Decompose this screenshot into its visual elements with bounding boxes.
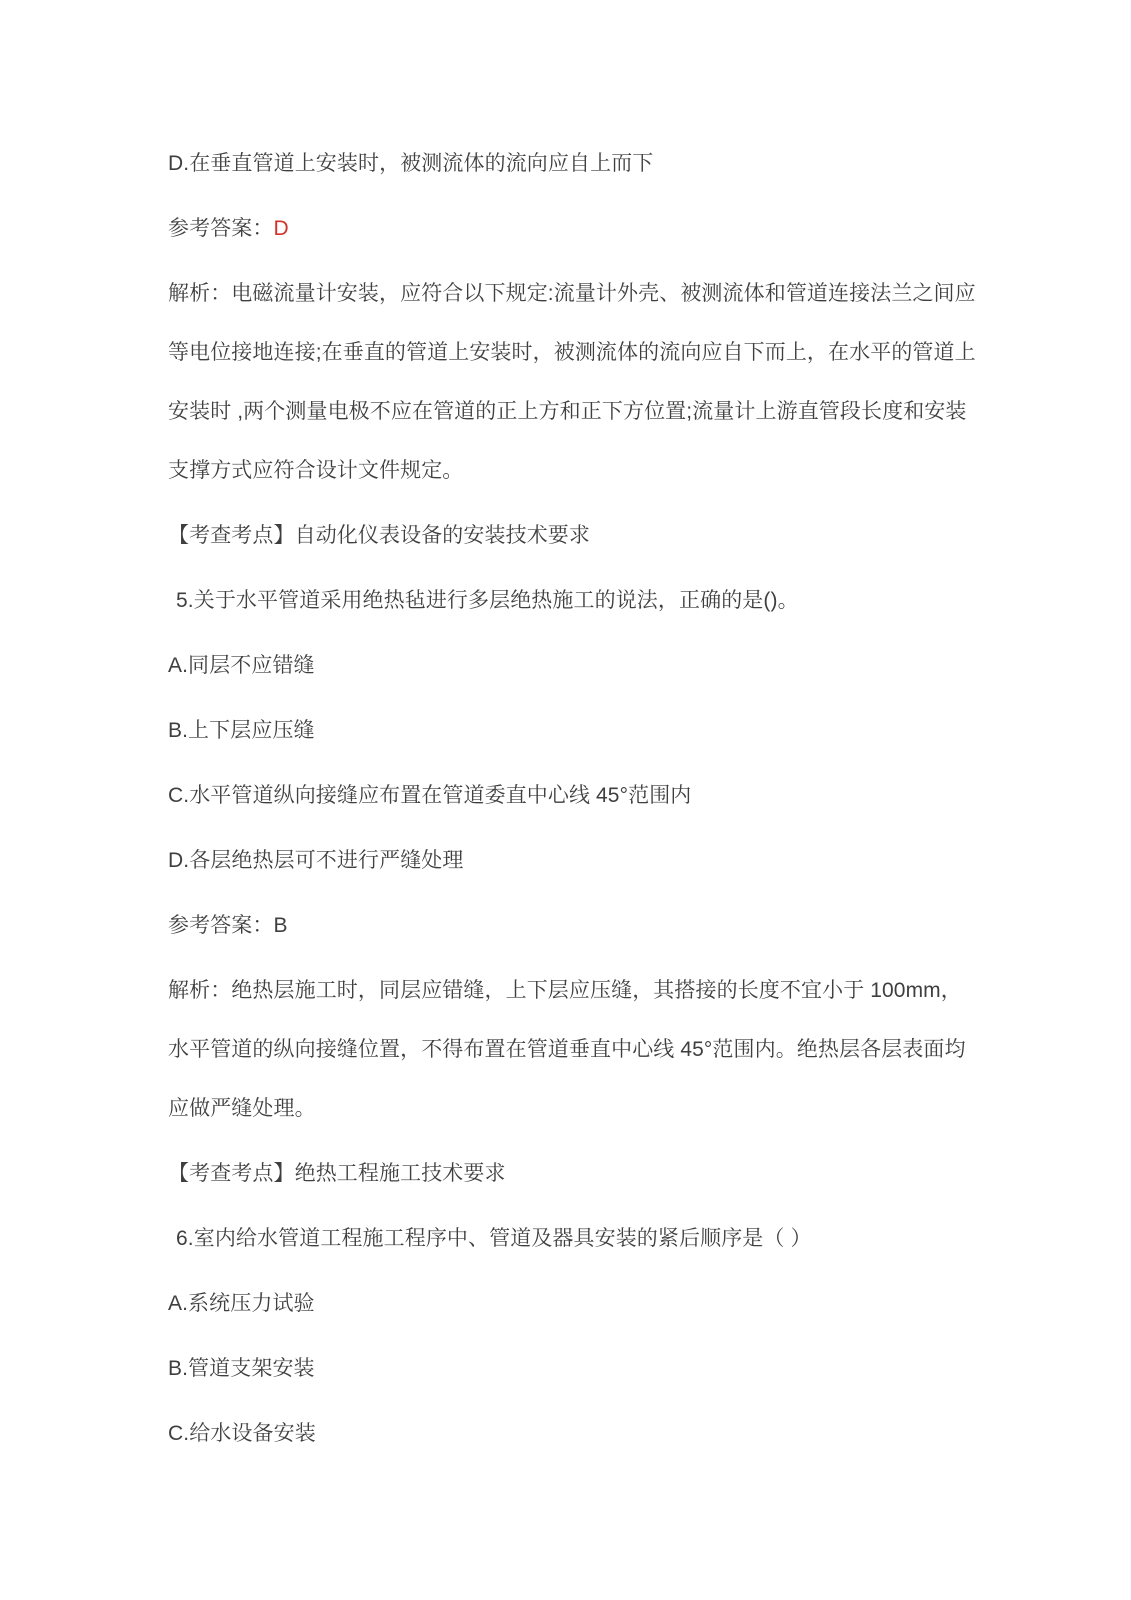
document-page: D.在垂直管道上安装时，被测流体的流向应自上而下 参考答案：D 解析：电磁流量计…: [0, 0, 1131, 1600]
q4-answer-value: D: [274, 217, 289, 240]
q4-analysis-line-3: 安装时 ,两个测量电极不应在管道的正上方和正下方位置;流量计上游直管段长度和安装: [168, 398, 1011, 426]
q4-analysis-line-2: 等电位接地连接;在垂直的管道上安装时，被测流体的流向应自下而上，在水平的管道上: [168, 339, 1011, 367]
q5-option-a: A.同层不应错缝: [168, 652, 1011, 680]
q4-analysis-line-1: 解析：电磁流量计安装，应符合以下规定:流量计外壳、被测流体和管道连接法兰之间应: [168, 280, 1011, 308]
q6-option-b: B.管道支架安装: [168, 1355, 1011, 1383]
q5-analysis-line-1: 解析：绝热层施工时，同层应错缝，上下层应压缝，其搭接的长度不宜小于 100mm，: [168, 977, 1011, 1005]
q5-key-point: 【考查考点】绝热工程施工技术要求: [168, 1160, 1011, 1188]
q5-answer-value: B: [274, 914, 288, 937]
q4-answer-label: 参考答案：: [168, 217, 274, 240]
q5-analysis-line-3: 应做严缝处理。: [168, 1095, 1011, 1123]
q4-answer-line: 参考答案：D: [168, 215, 1011, 243]
q6-option-c: C.给水设备安装: [168, 1420, 1011, 1448]
q4-key-point: 【考查考点】自动化仪表设备的安装技术要求: [168, 522, 1011, 550]
q4-analysis-line-4: 支撑方式应符合设计文件规定。: [168, 457, 1011, 485]
q5-option-c: C.水平管道纵向接缝应布置在管道委直中心线 45°范围内: [168, 782, 1011, 810]
q6-option-a: A.系统压力试验: [168, 1290, 1011, 1318]
q5-answer-label: 参考答案：: [168, 914, 274, 937]
q6-stem: 6.室内给水管道工程施工程序中、管道及器具安装的紧后顺序是（ ）: [168, 1225, 1011, 1253]
q5-answer-line: 参考答案：B: [168, 912, 1011, 940]
q4-option-d: D.在垂直管道上安装时，被测流体的流向应自上而下: [168, 150, 1011, 178]
q5-option-b: B.上下层应压缝: [168, 717, 1011, 745]
q5-analysis-line-2: 水平管道的纵向接缝位置，不得布置在管道垂直中心线 45°范围内。绝热层各层表面均: [168, 1036, 1011, 1064]
q5-option-d: D.各层绝热层可不进行严缝处理: [168, 847, 1011, 875]
q5-stem: 5.关于水平管道采用绝热毡进行多层绝热施工的说法，正确的是()。: [168, 587, 1011, 615]
